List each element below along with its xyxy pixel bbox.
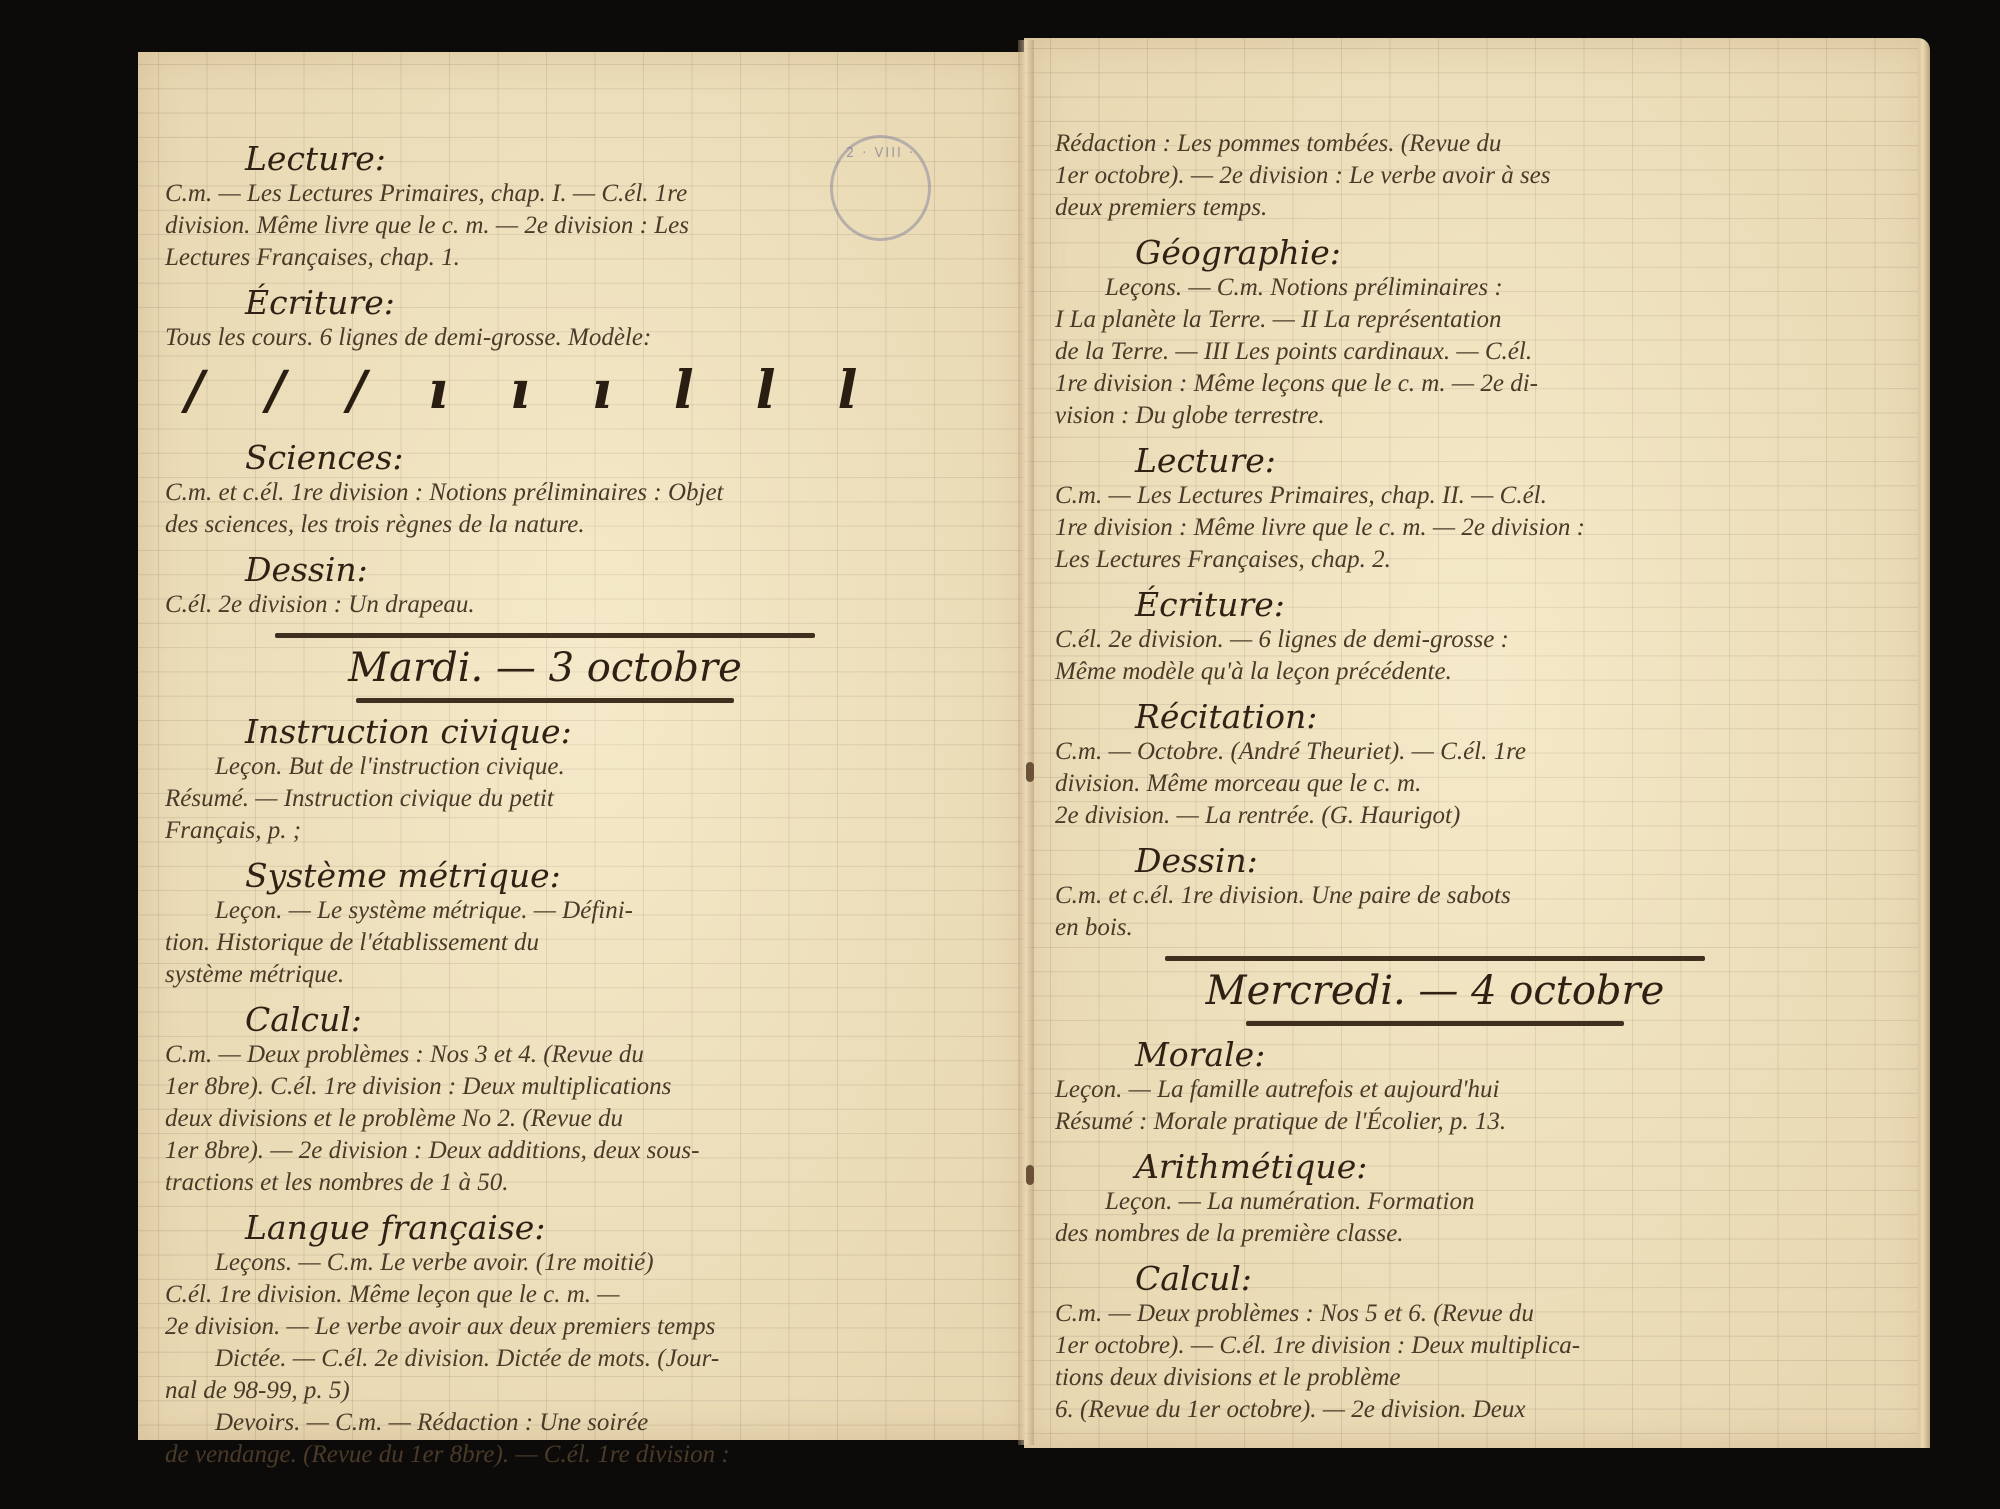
text-line: C.m. — Octobre. (André Theuriet). — C.él… xyxy=(1055,736,1885,768)
section-heading: Arithmétique: xyxy=(1135,1148,1885,1186)
text-line: des sciences, les trois règnes de la nat… xyxy=(165,509,995,541)
text-line: système métrique. xyxy=(165,959,995,991)
text-line: 2e division. — Le verbe avoir aux deux p… xyxy=(165,1311,995,1343)
binding-staple xyxy=(1026,1165,1034,1185)
text-line: Tous les cours. 6 lignes de demi-grosse.… xyxy=(165,322,995,354)
section-heading: Calcul: xyxy=(1135,1260,1885,1298)
section-lecture: Lecture: C.m. — Les Lectures Primaires, … xyxy=(1055,442,1885,576)
text-line: tion. Historique de l'établissement du xyxy=(165,927,995,959)
text-line: Lectures Françaises, chap. 1. xyxy=(165,242,995,274)
text-line: 1er octobre). — C.él. 1re division : Deu… xyxy=(1055,1330,1885,1362)
text-line: Leçons. — C.m. Le verbe avoir. (1re moit… xyxy=(165,1247,995,1279)
day-header-block: Mardi. — 3 octobre xyxy=(275,633,815,703)
binding-staple xyxy=(1026,762,1034,782)
text-line: de vendange. (Revue du 1er 8bre). — C.él… xyxy=(165,1439,995,1471)
section-morale: Morale: Leçon. — La famille autrefois et… xyxy=(1055,1036,1885,1138)
section-heading: Système métrique: xyxy=(245,857,995,895)
text-line: en bois. xyxy=(1055,912,1885,944)
text-line: des nombres de la première classe. xyxy=(1055,1218,1885,1250)
text-line: C.m. — Les Lectures Primaires, chap. II.… xyxy=(1055,480,1885,512)
text-line: tractions et les nombres de 1 à 50. xyxy=(165,1167,995,1199)
text-line: tions deux divisions et le problème xyxy=(1055,1362,1885,1394)
section-heading: Lecture: xyxy=(245,140,995,178)
section-heading: Dessin: xyxy=(245,551,995,589)
text-line: vision : Du globe terrestre. xyxy=(1055,400,1885,432)
text-line: Leçon. But de l'instruction civique. xyxy=(165,751,995,783)
text-line: Leçons. — C.m. Notions préliminaires : xyxy=(1055,272,1885,304)
section-heading: Dessin: xyxy=(1135,842,1885,880)
text-line: deux premiers temps. xyxy=(1055,192,1885,224)
text-line: division. Même morceau que le c. m. xyxy=(1055,768,1885,800)
text-line: Les Lectures Françaises, chap. 2. xyxy=(1055,544,1885,576)
section-arithmetique: Arithmétique: Leçon. — La numération. Fo… xyxy=(1055,1148,1885,1250)
day-header: Mercredi. — 4 octobre xyxy=(1165,961,1705,1021)
text-line: C.m. — Les Lectures Primaires, chap. I. … xyxy=(165,178,995,210)
notebook-gutter xyxy=(1018,40,1034,1445)
text-line: Rédaction : Les pommes tombées. (Revue d… xyxy=(1055,128,1885,160)
section-heading: Langue française: xyxy=(245,1209,995,1247)
text-line: C.él. 1re division. Même leçon que le c.… xyxy=(165,1279,995,1311)
section-langue-francaise: Langue française: Leçons. — C.m. Le verb… xyxy=(165,1209,995,1471)
text-line: 6. (Revue du 1er octobre). — 2e division… xyxy=(1055,1394,1885,1426)
section-heading: Géographie: xyxy=(1135,234,1885,272)
text-line: Même modèle qu'à la leçon précédente. xyxy=(1055,656,1885,688)
section-heading: Écriture: xyxy=(1135,586,1885,624)
section-calcul: Calcul: C.m. — Deux problèmes : Nos 3 et… xyxy=(165,1001,995,1199)
section-heading: Sciences: xyxy=(245,439,995,477)
text-line: deux divisions et le problème No 2. (Rev… xyxy=(165,1103,995,1135)
text-line: Dictée. — C.él. 2e division. Dictée de m… xyxy=(165,1343,995,1375)
section-heading: Calcul: xyxy=(245,1001,995,1039)
section-redaction-continued: Rédaction : Les pommes tombées. (Revue d… xyxy=(1055,128,1885,224)
right-page-content: Rédaction : Les pommes tombées. (Revue d… xyxy=(1055,128,1885,1436)
section-systeme-metrique: Système métrique: Leçon. — Le système mé… xyxy=(165,857,995,991)
section-heading: Écriture: xyxy=(245,284,995,322)
text-line: 1re division : Même livre que le c. m. —… xyxy=(1055,512,1885,544)
section-instruction-civique: Instruction civique: Leçon. But de l'ins… xyxy=(165,713,995,847)
text-line: 1er octobre). — 2e division : Le verbe a… xyxy=(1055,160,1885,192)
text-line: C.m. — Deux problèmes : Nos 3 et 4. (Rev… xyxy=(165,1039,995,1071)
section-heading: Récitation: xyxy=(1135,698,1885,736)
writing-model-strokes: / / / ı ı ı l l l xyxy=(185,360,995,421)
text-line: 1er 8bre). C.él. 1re division : Deux mul… xyxy=(165,1071,995,1103)
text-line: nal de 98-99, p. 5) xyxy=(165,1375,995,1407)
text-line: Résumé : Morale pratique de l'Écolier, p… xyxy=(1055,1106,1885,1138)
section-geographie: Géographie: Leçons. — C.m. Notions préli… xyxy=(1055,234,1885,432)
text-line: C.él. 2e division : Un drapeau. xyxy=(165,589,995,621)
day-header: Mardi. — 3 octobre xyxy=(275,638,815,698)
text-line: de la Terre. — III Les points cardinaux.… xyxy=(1055,336,1885,368)
section-heading: Lecture: xyxy=(1135,442,1885,480)
text-line: Leçon. — La numération. Formation xyxy=(1055,1186,1885,1218)
section-recitation: Récitation: C.m. — Octobre. (André Theur… xyxy=(1055,698,1885,832)
text-line: Résumé. — Instruction civique du petit xyxy=(165,783,995,815)
section-dessin: Dessin: C.él. 2e division : Un drapeau. xyxy=(165,551,995,621)
divider-rule xyxy=(356,698,734,703)
divider-rule xyxy=(1246,1021,1624,1026)
section-ecriture: Écriture: C.él. 2e division. — 6 lignes … xyxy=(1055,586,1885,688)
section-calcul: Calcul: C.m. — Deux problèmes : Nos 5 et… xyxy=(1055,1260,1885,1426)
section-ecriture: Écriture: Tous les cours. 6 lignes de de… xyxy=(165,284,995,421)
text-line: C.m. et c.él. 1re division : Notions pré… xyxy=(165,477,995,509)
left-page-content: Lecture: C.m. — Les Lectures Primaires, … xyxy=(165,140,995,1481)
text-line: Leçon. — Le système métrique. — Défini- xyxy=(165,895,995,927)
section-lecture: Lecture: C.m. — Les Lectures Primaires, … xyxy=(165,140,995,274)
section-dessin: Dessin: C.m. et c.él. 1re division. Une … xyxy=(1055,842,1885,944)
section-heading: Instruction civique: xyxy=(245,713,995,751)
text-line: Leçon. — La famille autrefois et aujourd… xyxy=(1055,1074,1885,1106)
day-header-block: Mercredi. — 4 octobre xyxy=(1165,956,1705,1026)
section-heading: Morale: xyxy=(1135,1036,1885,1074)
text-line: Devoirs. — C.m. — Rédaction : Une soirée xyxy=(165,1407,995,1439)
section-sciences: Sciences: C.m. et c.él. 1re division : N… xyxy=(165,439,995,541)
text-line: 1er 8bre). — 2e division : Deux addition… xyxy=(165,1135,995,1167)
text-line: 1re division : Même leçons que le c. m. … xyxy=(1055,368,1885,400)
text-line: I La planète la Terre. — II La représent… xyxy=(1055,304,1885,336)
text-line: 2e division. — La rentrée. (G. Haurigot) xyxy=(1055,800,1885,832)
text-line: C.él. 2e division. — 6 lignes de demi-gr… xyxy=(1055,624,1885,656)
text-line: C.m. — Deux problèmes : Nos 5 et 6. (Rev… xyxy=(1055,1298,1885,1330)
text-line: Français, p. ; xyxy=(165,815,995,847)
text-line: C.m. et c.él. 1re division. Une paire de… xyxy=(1055,880,1885,912)
text-line: division. Même livre que le c. m. — 2e d… xyxy=(165,210,995,242)
